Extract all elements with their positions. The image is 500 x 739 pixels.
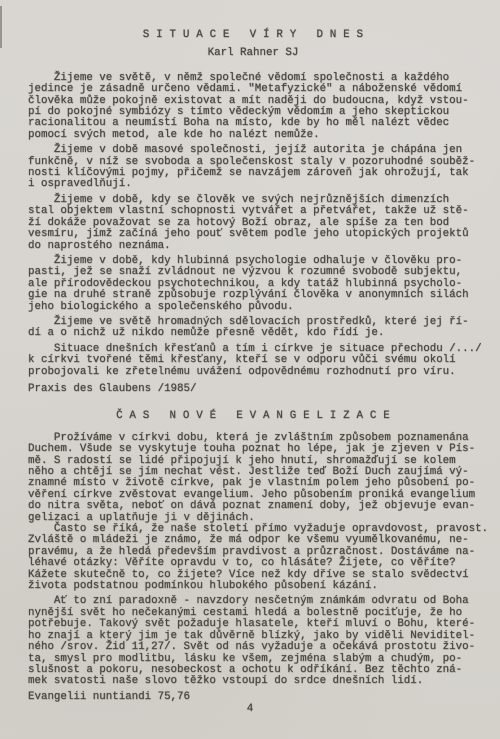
article1-author: Karl Rahner SJ bbox=[28, 48, 478, 59]
article1-paragraph-5: Žijeme ve světě hromadných sdělovacích p… bbox=[28, 317, 492, 340]
article1-title: S I T U A C E V Í R Y D N E S bbox=[28, 30, 478, 41]
article1-source: Praxis des Glaubens /1985/ bbox=[28, 384, 492, 395]
article2-source: Evangelii nuntiandi 75,76 bbox=[28, 692, 492, 703]
article2-paragraph-2: Často se říká, že naše století přímo vyž… bbox=[28, 524, 492, 592]
article1-paragraph-3: Žijeme v době, kdy se člověk ve svých ne… bbox=[28, 195, 492, 252]
article-cas-nove-evangelizace: Č A S N O V É E V A N G E L I Z A C E Pr… bbox=[28, 411, 492, 703]
document-page: S I T U A C E V Í R Y D N E S Karl Rahne… bbox=[0, 0, 500, 739]
article1-paragraph-4: Žijeme v době, kdy hlubinná psychologie … bbox=[28, 256, 492, 313]
article2-paragraph-1: Prožíváme v církvi dobu, která je zvlášt… bbox=[28, 433, 492, 524]
page-number: 4 bbox=[0, 704, 500, 715]
article-situace-viry-dnes: S I T U A C E V Í R Y D N E S Karl Rahne… bbox=[28, 30, 492, 395]
article1-paragraph-2: Žijeme v době masové společnosti, jejíž … bbox=[28, 145, 492, 191]
article1-paragraph-6: Situace dnešních křesťanů a tím i církve… bbox=[28, 344, 492, 378]
article1-paragraph-1: Žijeme ve světě, v němž společné vědomí … bbox=[28, 73, 492, 141]
scan-edge-artifact bbox=[0, 6, 2, 48]
article2-paragraph-3: Ať to zní paradoxně - navzdory nesčetným… bbox=[28, 596, 492, 687]
article2-title: Č A S N O V É E V A N G E L I Z A C E bbox=[28, 411, 478, 422]
